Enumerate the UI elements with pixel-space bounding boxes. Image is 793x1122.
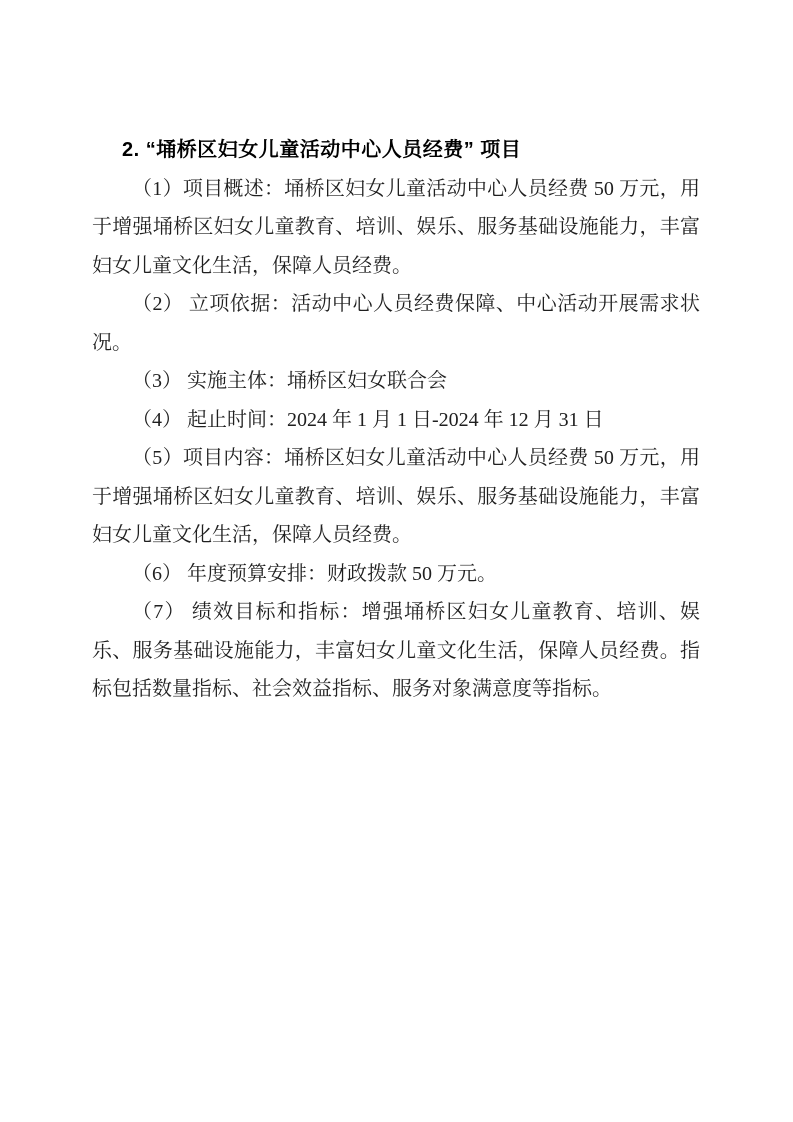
document-page: 2. “埇桥区妇女儿童活动中心人员经费” 项目 （1）项目概述：埇桥区妇女儿童活… — [0, 0, 793, 1122]
paragraph-performance-targets: （7） 绩效目标和指标：增强埇桥区妇女儿童教育、培训、娱乐、服务基础设施能力，丰… — [92, 593, 700, 709]
paragraph-annual-budget: （6） 年度预算安排：财政拨款 50 万元。 — [92, 555, 700, 594]
paragraph-implementing-body: （3） 实施主体：埇桥区妇女联合会 — [92, 362, 700, 401]
paragraph-project-basis: （2） 立项依据：活动中心人员经费保障、中心活动开展需求状况。 — [92, 285, 700, 362]
document-content: 2. “埇桥区妇女儿童活动中心人员经费” 项目 （1）项目概述：埇桥区妇女儿童活… — [92, 131, 700, 709]
paragraph-project-overview: （1）项目概述：埇桥区妇女儿童活动中心人员经费 50 万元，用于增强埇桥区妇女儿… — [92, 170, 700, 286]
section-heading: 2. “埇桥区妇女儿童活动中心人员经费” 项目 — [92, 131, 700, 170]
paragraph-time-period: （4） 起止时间：2024 年 1 月 1 日-2024 年 12 月 31 日 — [92, 401, 700, 440]
paragraph-project-content: （5）项目内容：埇桥区妇女儿童活动中心人员经费 50 万元，用于增强埇桥区妇女儿… — [92, 439, 700, 555]
